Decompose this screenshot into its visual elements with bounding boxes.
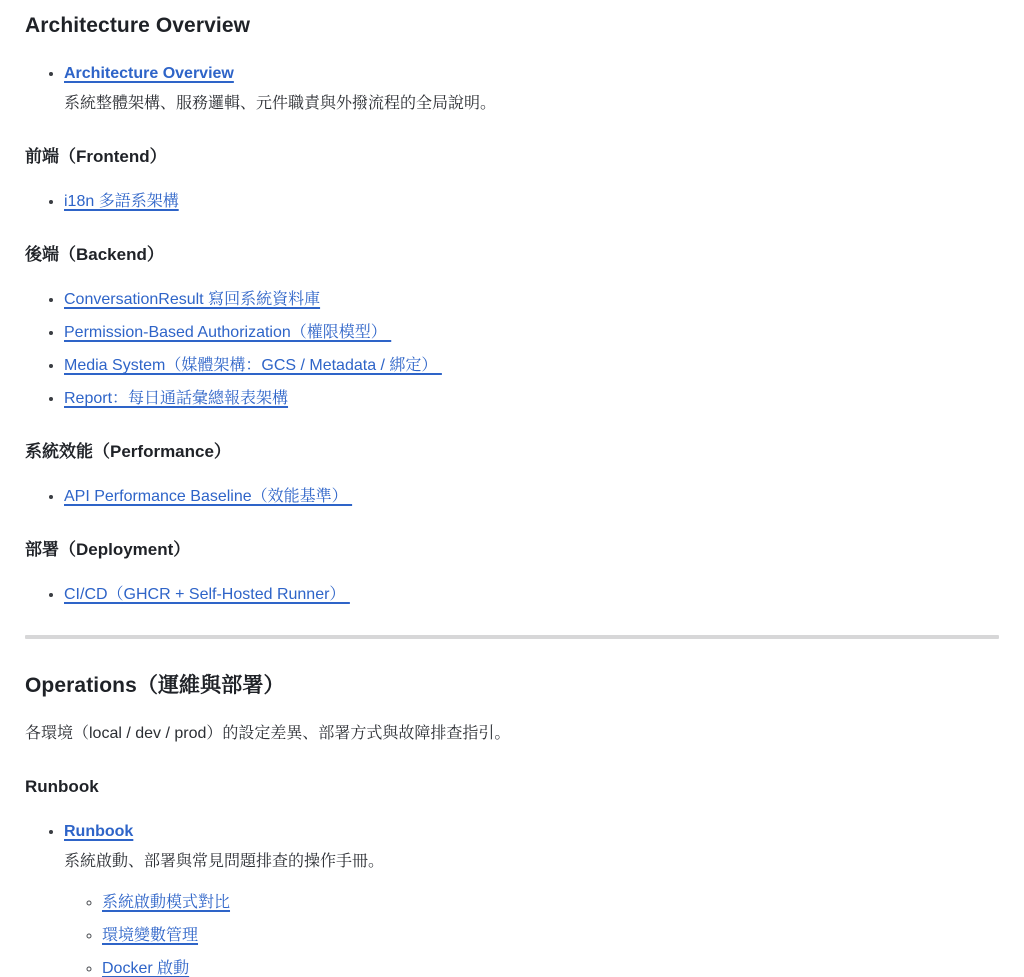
operations-intro: 各環境（local / dev / prod）的設定差異、部署方式與故障排查指引… [25, 723, 999, 744]
media-system-link[interactable]: Media System（媒體架構：GCS / Metadata / 綁定） [64, 357, 442, 374]
list-item: Permission-Based Authorization（權限模型） [64, 322, 999, 343]
list-item: Runbook 系統啟動、部署與常見問題排查的操作手冊。 系統啟動模式對比 環境… [64, 821, 999, 977]
backend-list: ConversationResult 寫回系統資料庫 Permission-Ba… [25, 289, 999, 409]
list-item: API Performance Baseline（效能基準） [64, 486, 999, 507]
list-item: CI/CD（GHCR + Self-Hosted Runner） [64, 584, 999, 605]
report-link[interactable]: Report：每日通話彙總報表架構 [64, 390, 288, 407]
list-item-description: 系統整體架構、服務邏輯、元件職責與外撥流程的全局說明。 [64, 93, 999, 114]
heading-performance: 系統效能（Performance） [25, 441, 999, 462]
runbook-sublist: 系統啟動模式對比 環境變數管理 Docker 啟動 [64, 892, 999, 977]
list-item: ConversationResult 寫回系統資料庫 [64, 289, 999, 310]
i18n-link[interactable]: i18n 多語系架構 [64, 193, 179, 210]
list-item-description: 系統啟動、部署與常見問題排查的操作手冊。 [64, 851, 999, 872]
page: { "theme": { "link_color": "#2e64c8", "t… [0, 0, 1024, 977]
env-variables-link[interactable]: 環境變數管理 [102, 927, 198, 944]
section-title-architecture-overview: Architecture Overview [25, 12, 999, 39]
heading-runbook: Runbook [25, 776, 999, 797]
heading-backend: 後端（Backend） [25, 244, 999, 265]
document: Architecture Overview Architecture Overv… [0, 0, 1024, 977]
runbook-list: Runbook 系統啟動、部署與常見問題排查的操作手冊。 系統啟動模式對比 環境… [25, 821, 999, 977]
docker-startup-link[interactable]: Docker 啟動 [102, 960, 189, 977]
list-item: Report：每日通話彙總報表架構 [64, 388, 999, 409]
list-item: Architecture Overview 系統整體架構、服務邏輯、元件職責與外… [64, 63, 999, 114]
permission-authorization-link[interactable]: Permission-Based Authorization（權限模型） [64, 324, 391, 341]
runbook-link[interactable]: Runbook [64, 823, 133, 840]
heading-deployment: 部署（Deployment） [25, 539, 999, 560]
startup-mode-comparison-link[interactable]: 系統啟動模式對比 [102, 894, 230, 911]
list-item: 環境變數管理 [102, 925, 999, 946]
performance-list: API Performance Baseline（效能基準） [25, 486, 999, 507]
list-item: 系統啟動模式對比 [102, 892, 999, 913]
api-performance-baseline-link[interactable]: API Performance Baseline（效能基準） [64, 488, 352, 505]
section-divider [25, 635, 999, 639]
list-item: Media System（媒體架構：GCS / Metadata / 綁定） [64, 355, 999, 376]
list-item: i18n 多語系架構 [64, 191, 999, 212]
section-title-operations: Operations（運維與部署） [25, 672, 999, 699]
architecture-index-list: Architecture Overview 系統整體架構、服務邏輯、元件職責與外… [25, 63, 999, 114]
deployment-list: CI/CD（GHCR + Self-Hosted Runner） [25, 584, 999, 605]
heading-frontend: 前端（Frontend） [25, 146, 999, 167]
conversation-result-link[interactable]: ConversationResult 寫回系統資料庫 [64, 291, 320, 308]
frontend-list: i18n 多語系架構 [25, 191, 999, 212]
architecture-overview-link[interactable]: Architecture Overview [64, 65, 234, 82]
cicd-link[interactable]: CI/CD（GHCR + Self-Hosted Runner） [64, 586, 350, 603]
list-item: Docker 啟動 [102, 958, 999, 977]
